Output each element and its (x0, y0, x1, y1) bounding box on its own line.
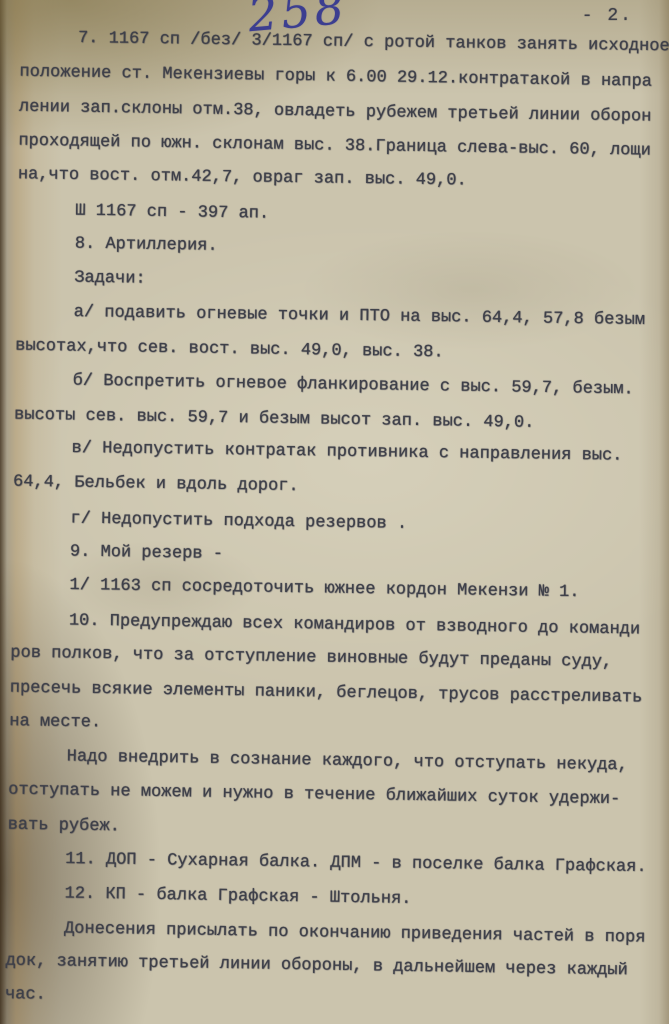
document-lines: 7. 1167 сп /без/ 3/1167 сп/ с ротой танк… (0, 0, 669, 1023)
scanned-document-page: 258 - 2. 7. 1167 сп /без/ 3/1167 сп/ с р… (0, 0, 669, 1024)
